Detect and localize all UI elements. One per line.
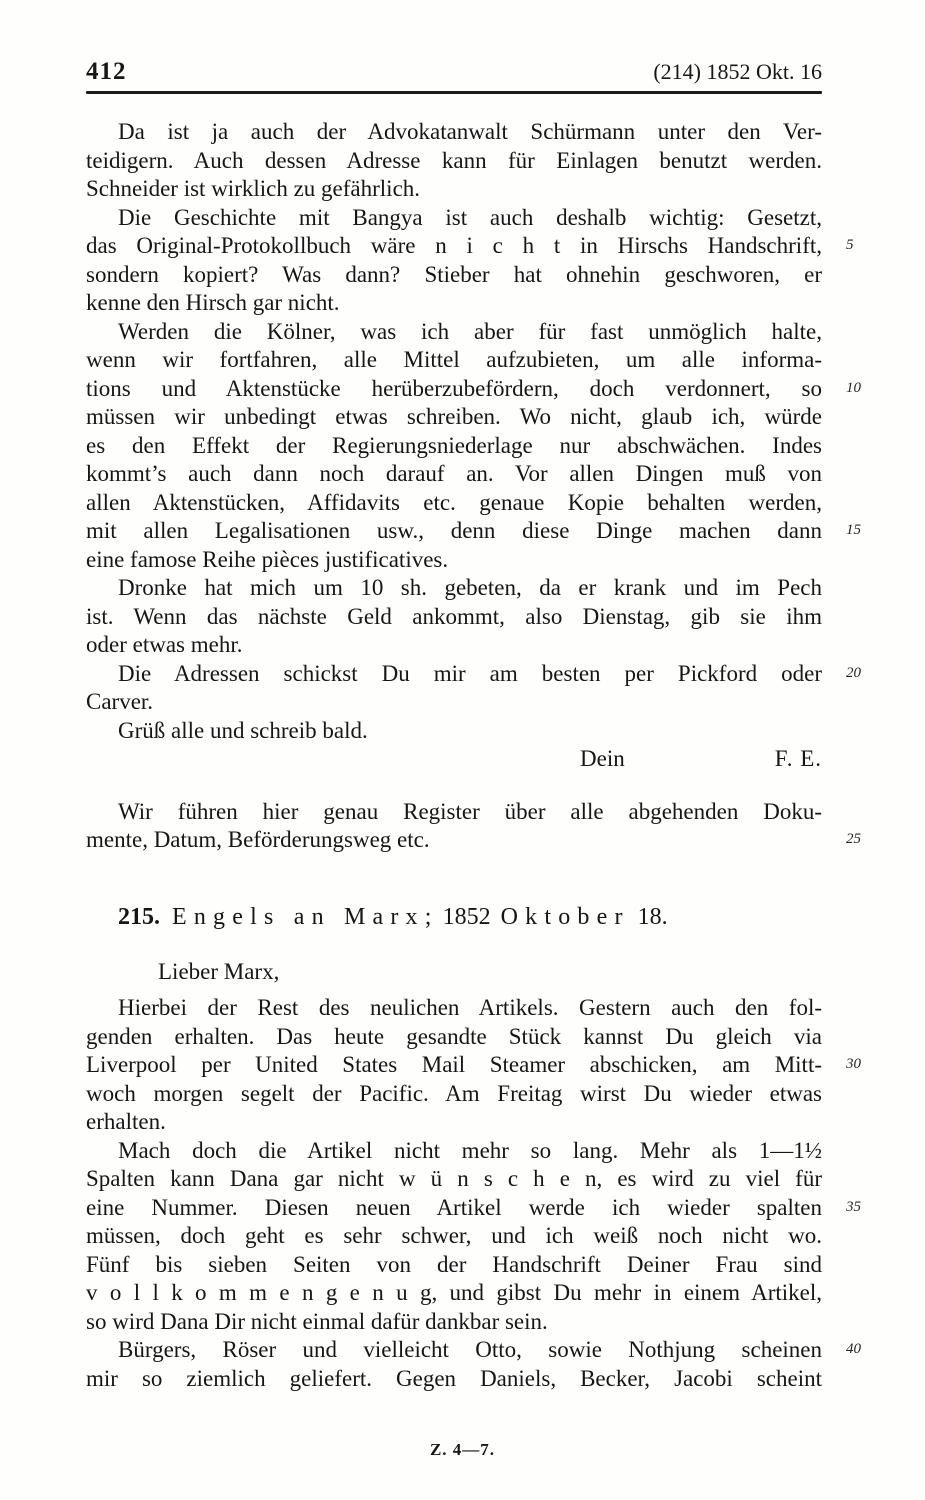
margin-line-number: 35 <box>846 1200 861 1215</box>
scanned-book-page: 412 (214) 1852 Okt. 16 Da ist ja auch de… <box>0 0 925 1500</box>
text-line: Mach doch die Artikel nicht mehr so lang… <box>86 1137 822 1166</box>
text-line: müssen, doch geht es sehr schwer, und ic… <box>86 1222 822 1251</box>
margin-line-number: 25 <box>846 832 861 847</box>
letter-heading-month: Oktober <box>501 904 630 930</box>
running-header: 412 (214) 1852 Okt. 16 <box>86 58 822 88</box>
text-line: mir so ziemlich geliefert. Gegen Daniels… <box>86 1365 822 1394</box>
header-rule <box>86 91 822 94</box>
running-title: (214) 1852 Okt. 16 <box>653 59 822 85</box>
text-line: Fünf bis sieben Seiten von der Handschri… <box>86 1251 822 1280</box>
text-line: kommt’s auch dann noch darauf an. Vor al… <box>86 460 822 489</box>
text-line: oder etwas mehr. <box>86 631 822 660</box>
margin-line-number: 30 <box>846 1057 861 1072</box>
text-line: woch morgen segelt der Pacific. Am Freit… <box>86 1080 822 1109</box>
text-line: Hierbei der Rest des neulichen Artikels.… <box>86 994 822 1023</box>
text-line: ist. Wenn das nächste Geld ankommt, also… <box>86 603 822 632</box>
letter-215-salutation: Lieber Marx, <box>86 958 822 987</box>
text-line: kenne den Hirsch gar nicht. <box>86 289 822 318</box>
text-line: Da ist ja auch der Advokatanwalt Schürma… <box>86 118 822 147</box>
text-line: allen Aktenstücken, Affidavits etc. gena… <box>86 489 822 518</box>
editorial-footnote: Z. 4—7. <box>0 1440 925 1460</box>
letter-heading-name: Engels an Marx; <box>172 904 439 930</box>
letter-heading-day: 18. <box>638 904 668 930</box>
text-line: Schneider ist wirklich zu gefährlich. <box>86 175 822 204</box>
letter-number: 215. <box>118 904 160 930</box>
text-line: Spalten kann Dana gar nicht w ü n s c h … <box>86 1165 822 1194</box>
text-line: Dronke hat mich um 10 sh. gebeten, da er… <box>86 574 822 603</box>
text-line: Grüß alle und schreib bald. <box>86 717 822 746</box>
text-line: wenn wir fortfahren, alle Mittel aufzubi… <box>86 346 822 375</box>
text-line: eine famose Reihe pièces justificatives. <box>86 546 822 575</box>
margin-line-number: 5 <box>846 238 854 253</box>
letter-214-signature: Dein F. E. <box>86 745 822 774</box>
text-line: Carver. <box>86 688 822 717</box>
text-line: Wir führen hier genau Register über alle… <box>86 798 822 827</box>
margin-line-number: 40 <box>846 1342 861 1357</box>
text-line: eine Nummer. Diesen neuen Artikel werde … <box>86 1194 822 1223</box>
page-number: 412 <box>86 58 127 86</box>
letter-heading-year: 1852 <box>443 904 491 930</box>
margin-line-number: 15 <box>846 523 861 538</box>
text-line: tions und Aktenstücke herüberzubefördern… <box>86 375 822 404</box>
text-line: teidigern. Auch dessen Adresse kann für … <box>86 147 822 176</box>
letter-215-body: Hierbei der Rest des neulichen Artikels.… <box>86 994 822 1393</box>
text-line: das Original-Protokollbuch wäre n i c h … <box>86 232 822 261</box>
letter-215-heading: 215.Engels an Marx;1852Oktober18. <box>86 902 822 932</box>
text-line: genden erhalten. Das heute gesandte Stüc… <box>86 1023 822 1052</box>
page-content-column: 412 (214) 1852 Okt. 16 Da ist ja auch de… <box>86 58 822 1393</box>
text-line: Bürgers, Röser und vielleicht Otto, sowi… <box>86 1336 822 1365</box>
text-line: Liverpool per United States Mail Steamer… <box>86 1051 822 1080</box>
text-line: müssen wir unbedingt etwas schreiben. Wo… <box>86 403 822 432</box>
margin-line-number: 20 <box>846 666 861 681</box>
text-line: erhalten. <box>86 1108 822 1137</box>
text-line: Die Geschichte mit Bangya ist auch desha… <box>86 204 822 233</box>
text-line: mente, Datum, Beförderungsweg etc.25 <box>86 826 822 855</box>
text-line: es den Effekt der Regierungsniederlage n… <box>86 432 822 461</box>
letter-214-postscript: Wir führen hier genau Register über alle… <box>86 798 822 855</box>
margin-line-number: 10 <box>846 381 861 396</box>
text-line: v o l l k o m m e n g e n u g, und gibst… <box>86 1279 822 1308</box>
text-line: mit allen Legalisationen usw., denn dies… <box>86 517 822 546</box>
text-line: Werden die Kölner, was ich aber für fast… <box>86 318 822 347</box>
signature-closing: Dein <box>580 745 625 774</box>
text-line: so wird Dana Dir nicht einmal dafür dank… <box>86 1308 822 1337</box>
text-line: Die Adressen schickst Du mir am besten p… <box>86 660 822 689</box>
letter-214-body: Da ist ja auch der Advokatanwalt Schürma… <box>86 118 822 745</box>
signature-initials: F. E. <box>775 745 822 774</box>
text-line: sondern kopiert? Was dann? Stieber hat o… <box>86 261 822 290</box>
